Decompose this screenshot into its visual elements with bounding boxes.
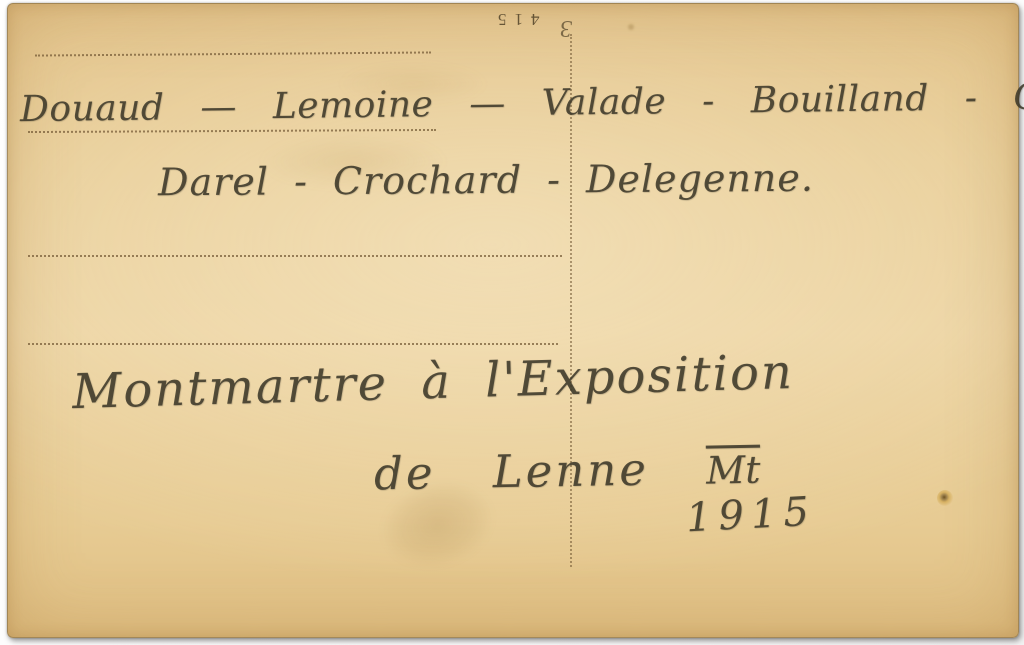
dotted-rule-lower [28,343,558,345]
handwritten-names-line-1: Douaud — Lemoine — Valade - Bouilland - … [20,75,1024,130]
dotted-rule-under-names [28,129,436,133]
postcard-back: 415 3 Douaud — Lemoine — Valade - Bouill… [7,3,1019,638]
ink-spot [937,490,953,506]
caption-line-2-suffix-overlined: Mt [706,448,761,493]
caption-line-2-text: de Lenne [374,443,650,501]
handwritten-names-line-2: Darel - Crochard - Delegenne. [158,156,814,205]
dotted-rule-top [35,51,431,56]
paper-fleck [628,24,634,30]
dotted-rule-middle [28,255,562,257]
scan-background: 415 3 Douaud — Lemoine — Valade - Bouill… [0,0,1024,645]
handwritten-caption-line-2: de Lenne Mt [374,441,761,501]
handwritten-year: 1915 [685,489,817,542]
printed-number-upside-down: 415 [490,9,540,29]
handwritten-caption-line-1: Montmartre à l'Exposition [71,344,794,420]
